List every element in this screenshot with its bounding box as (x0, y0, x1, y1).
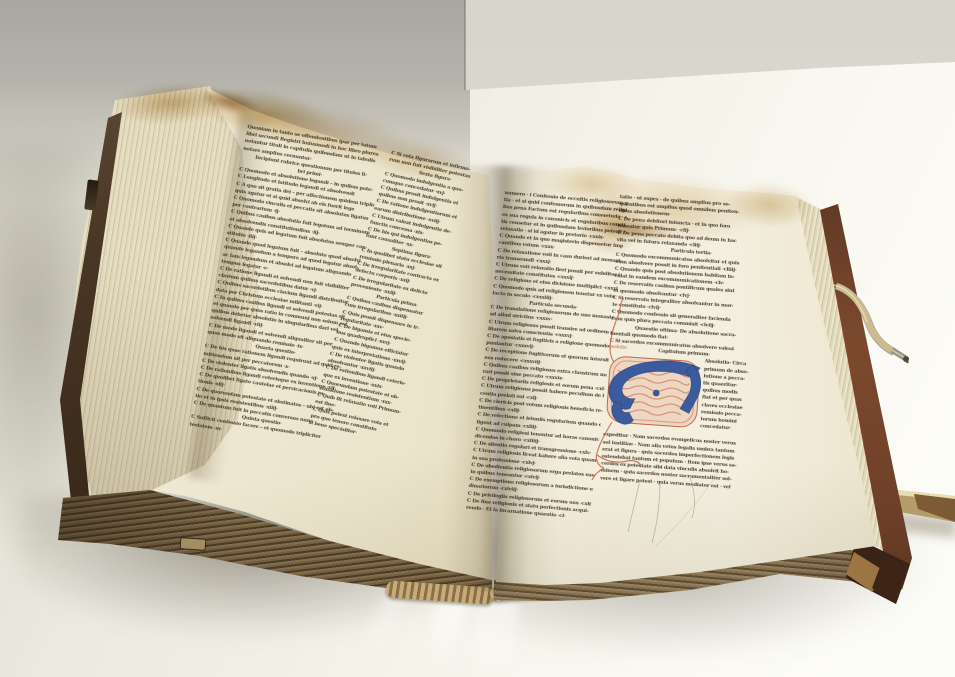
upper-clasp-strap (826, 276, 918, 372)
photograph-open-medieval-book: Quoniam in tanto se offendentibus ipse p… (0, 0, 955, 677)
wall-panel-seam (464, 0, 466, 90)
water-stain (723, 180, 815, 231)
pen-flourishes (556, 290, 786, 560)
clasp-catch (180, 537, 207, 551)
